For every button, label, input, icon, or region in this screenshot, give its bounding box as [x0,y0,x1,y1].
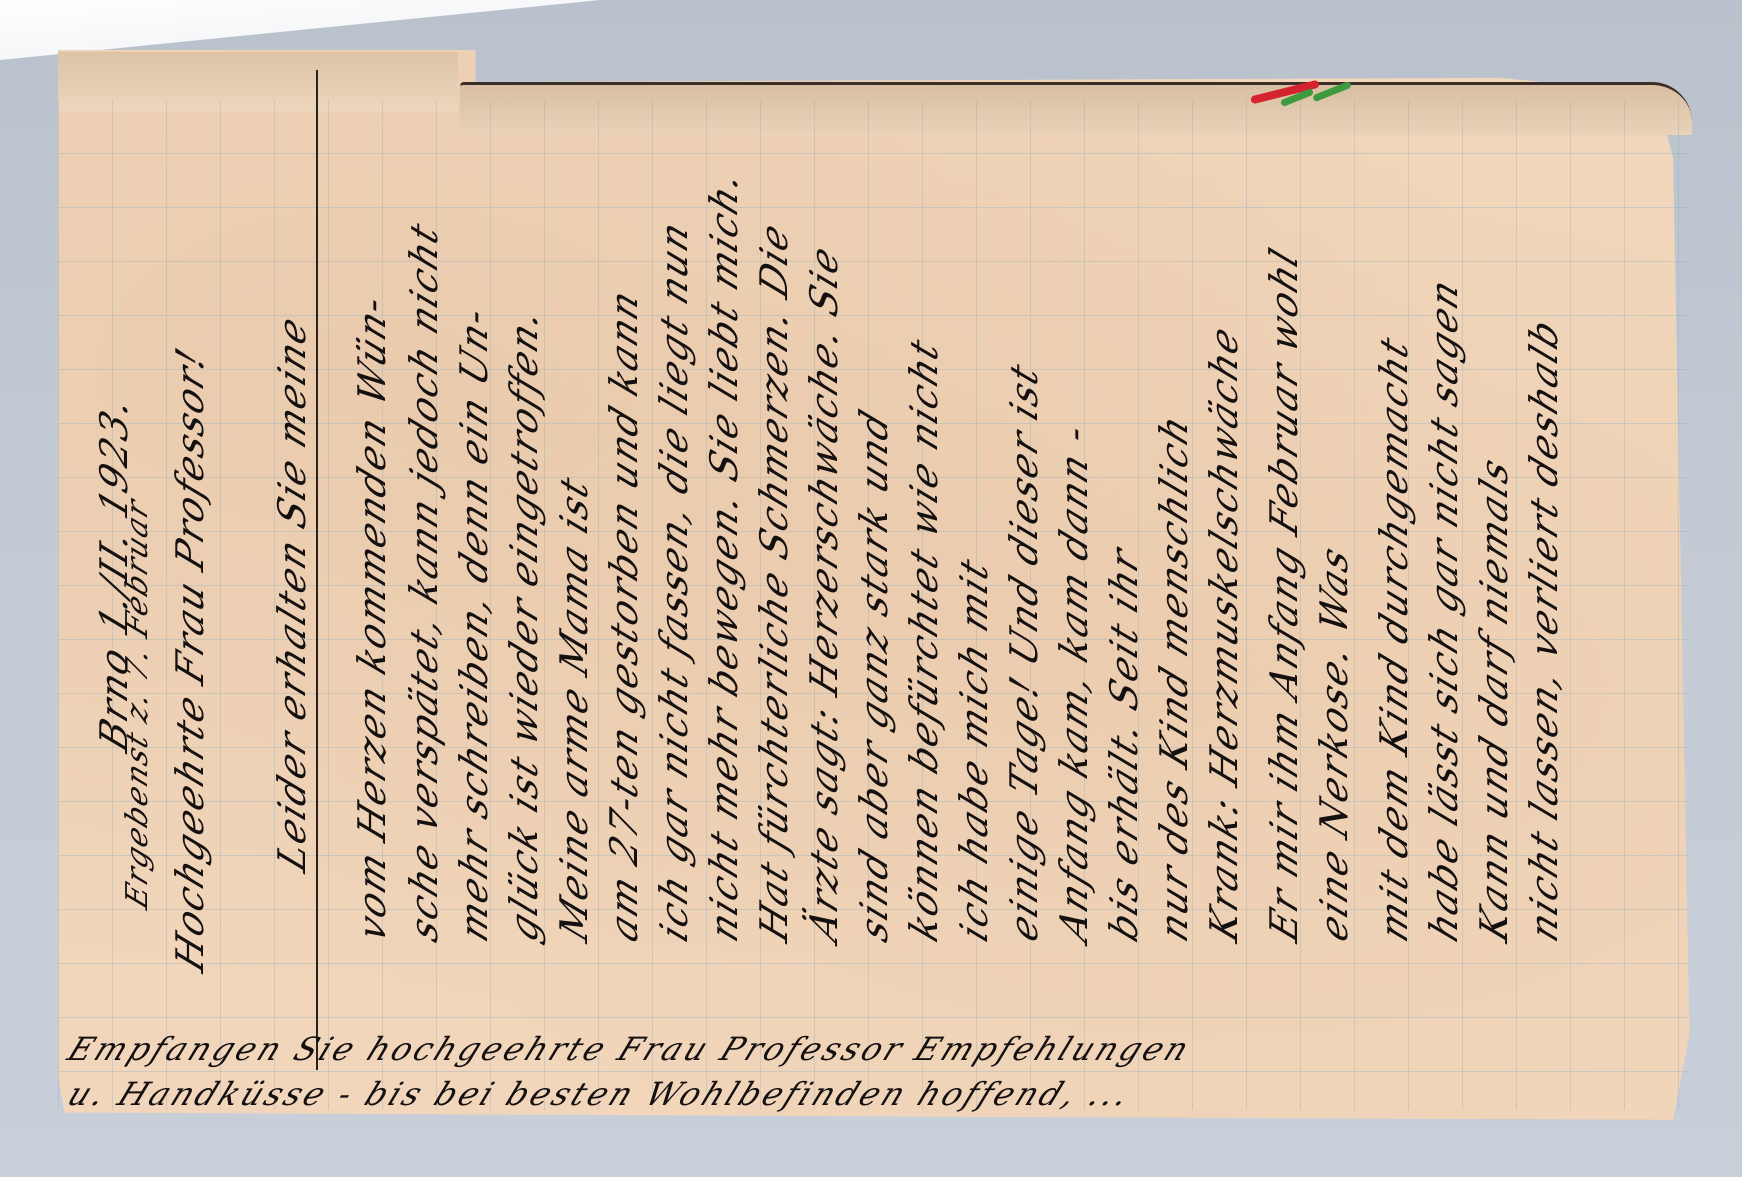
body-line: mehr schreiben, denn ein Un- [452,299,496,948]
side-note: Ergebenst z. 7. Februar [120,492,155,914]
body-line: Kann und darf niemals [1472,450,1516,948]
body-line: sche verspätet, kann jedoch nicht [402,215,446,948]
body-line: vom Herzen kommenden Wün- [350,287,394,948]
body-line: glück ist wieder eingetroffen. [502,300,546,948]
body-line: nicht lassen, verliert deshalb [1522,311,1566,948]
body-line: bis erhält. Seit ihr [1102,540,1146,948]
body-line: habe lässt sich gar nicht sagen [1422,271,1466,948]
body-line: können befürchtet wie nicht [902,331,946,948]
body-line: Hat fürchterliche Schmerzen. Die [752,215,796,948]
body-line: Krank: Herzmuskelschwäche [1202,318,1246,948]
closing-line: u. Handküsse - bis bei besten Wohlbefind… [62,1075,1137,1113]
body-line: Er mir ihm Anfang Februar wohl [1262,241,1306,948]
salutation: Hochgeehrte Frau Professor! [168,340,212,978]
margin-rule [316,70,318,1070]
body-line: ich habe mich mit [952,551,996,948]
body-line: am 27-ten gestorben und kann [602,282,646,948]
body-line: Anfang kam, kam dann - [1052,416,1096,948]
body-line: nur des Kind menschlich [1152,407,1196,948]
body-line: Meine arme Mama ist [552,469,596,948]
closing-line: Empfangen Sie hochgeehrte Frau Professor… [62,1030,1197,1068]
body-line: eine Nerkose. Was [1312,538,1356,947]
body-line: Ärzte sagt: Herzerschwäche. Sie [802,238,846,948]
body-line: einige Tage! Und dieser ist [1002,356,1046,948]
card-folded-edge-left [58,52,458,112]
body-line: mit dem Kind durchgemacht [1372,329,1416,948]
colored-pencil-marks [1250,78,1350,108]
body-line: Leider erhalten Sie meine [270,308,314,877]
body-line: sind aber ganz stark und [852,402,896,948]
body-line: ich gar nicht fassen, die liegt nun [652,213,696,948]
card-folded-edge-top [460,82,1692,135]
body-line: nicht mehr bewegen. Sie liebt mich. [702,163,746,948]
